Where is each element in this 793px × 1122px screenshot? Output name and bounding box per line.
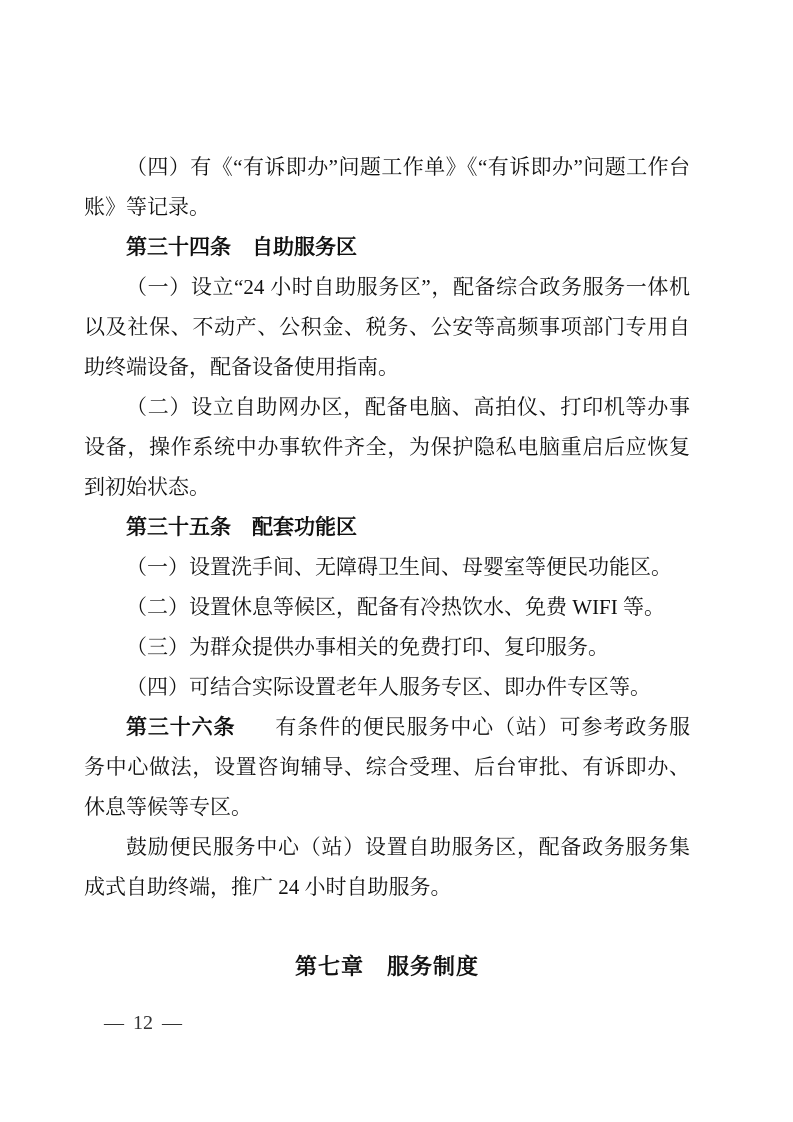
article-heading-34: 第三十四条 自助服务区: [84, 227, 690, 267]
body-paragraph: （二）设立自助网办区，配备电脑、高拍仪、打印机等办事设备，操作系统中办事软件齐全…: [84, 387, 690, 507]
article-heading-36-inline: 第三十六条: [126, 715, 235, 739]
body-paragraph: （四）可结合实际设置老年人服务专区、即办件专区等。: [84, 667, 690, 707]
body-paragraph: （二）设置休息等候区，配备有冷热饮水、免费 WIFI 等。: [84, 587, 690, 627]
body-paragraph: 鼓励便民服务中心（站）设置自助服务区，配备政务服务集成式自助终端，推广 24 小…: [84, 827, 690, 907]
body-paragraph: 第三十六条有条件的便民服务中心（站）可参考政务服务中心做法，设置咨询辅导、综合受…: [84, 707, 690, 827]
document-page: （四）有《“有诉即办”问题工作单》《“有诉即办”问题工作台账》等记录。 第三十四…: [0, 0, 793, 1122]
body-paragraph: （四）有《“有诉即办”问题工作单》《“有诉即办”问题工作台账》等记录。: [84, 147, 690, 227]
chapter-heading: 第七章 服务制度: [84, 947, 690, 987]
body-paragraph: （一）设立“24 小时自助服务区”，配备综合政务服务一体机以及社保、不动产、公积…: [84, 267, 690, 387]
body-paragraph: （一）设置洗手间、无障碍卫生间、母婴室等便民功能区。: [84, 547, 690, 587]
page-number: — 12 —: [104, 1013, 182, 1033]
body-paragraph: （三）为群众提供办事相关的免费打印、复印服务。: [84, 627, 690, 667]
article-heading-35: 第三十五条 配套功能区: [84, 507, 690, 547]
document-body: （四）有《“有诉即办”问题工作单》《“有诉即办”问题工作台账》等记录。 第三十四…: [84, 147, 690, 987]
